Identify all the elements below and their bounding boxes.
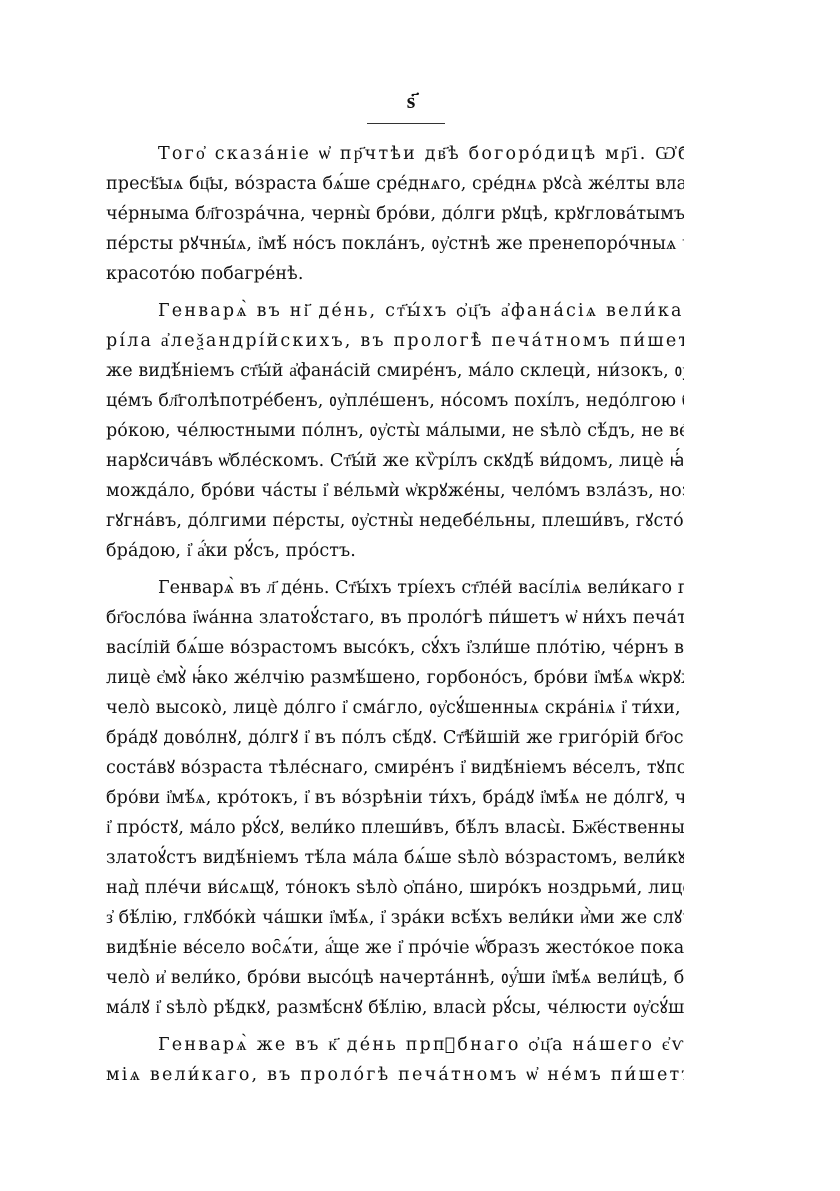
- text-line: Того҆ сказа́ніе ѡ҆ пр҃чтѣи дв҃ѣ богоро́д…: [106, 139, 684, 169]
- text-line: бра́дꙋ дово́лнꙋ, до́лгꙋ і҆ въ по́лъ сѣ́д…: [106, 723, 684, 753]
- text-line: васі́лій бѧ́ше во́зрастомъ высо́къ, сꙋ́х…: [106, 633, 684, 663]
- text-line: міѧ вели́каго, въ проло́гѣ печа́тномъ ѡ҆…: [106, 1060, 684, 1090]
- body-text: Того҆ сказа́ніе ѡ҆ пр҃чтѣи дв҃ѣ богоро́д…: [106, 139, 684, 1097]
- text-line: же видѣ́ніемъ ст҃ы́й а҆фана́сій смире́нъ…: [106, 356, 684, 386]
- text-line: соста́вꙋ во́зраста тѣле́снаго, смире́нъ …: [106, 753, 684, 783]
- text-line: можда́ло, бро́ви ча́сты і҆ ве́льмѝ ѡ҆крꙋ…: [106, 476, 684, 506]
- text-line: ма́лꙋ і҆ ѕѣло̀ рѣ́дкꙋ, размѣ́снꙋ бѣ́лію,…: [106, 993, 684, 1023]
- paragraph-virgin-mary: Того҆ сказа́ніе ѡ҆ пр҃чтѣи дв҃ѣ богоро́д…: [106, 139, 684, 289]
- paragraph-athanasius-cyril: Генварѧ̀ въ ні҃ де́нь, ст҃ы́хъ ѻ҆ц҃ъ а҆ф…: [106, 296, 684, 566]
- paragraph-three-hierarchs: Генварѧ̀ въ л҃ де́нь. Ст҃ы́хъ трі́ехъ ст…: [106, 573, 684, 1023]
- text-line: бра́дою, і҆ а҆́ки рꙋ́съ, про́стъ.: [106, 536, 684, 566]
- text-line: бг҃осло́ва і҆ѡа́нна златоꙋ́стаго, въ про…: [106, 603, 684, 633]
- text-line: Генварѧ̀ въ л҃ де́нь. Ст҃ы́хъ трі́ехъ ст…: [106, 573, 684, 603]
- text-line: златоꙋ́стъ видѣ́ніемъ тѣ́ла ма́ла бѧ́ше …: [106, 843, 684, 873]
- text-line: рі́ла а҆леѯандрі́йскихъ, въ прологѣ̀ печ…: [106, 326, 684, 356]
- text-line: Генварѧ̀ въ ні҃ де́нь, ст҃ы́хъ ѻ҆ц҃ъ а҆ф…: [106, 296, 684, 326]
- text-line: Генварѧ̀ же въ к҃ де́нь прпⷣбнаго ѻ҆ц҃а …: [106, 1030, 684, 1060]
- page-number: ѕ҃: [0, 88, 822, 114]
- scanned-page: ѕ҃ Того҆ сказа́ніе ѡ҆ пр҃чтѣи дв҃ѣ богор…: [0, 0, 840, 1191]
- paragraph-euthymius: Генварѧ̀ же въ к҃ де́нь прпⷣбнаго ѻ҆ц҃а …: [106, 1030, 684, 1090]
- text-line: ро́кою, че́люстными по́лнъ, ᲂу҆сты̀ ма́л…: [106, 416, 684, 446]
- text-line: чело̀ высоко̀, лицѐ до́лго і҆ сма́гло, ᲂ…: [106, 693, 684, 723]
- page-number-divider: [367, 123, 445, 124]
- text-line: це́мъ бл҃голѣпотре́бенъ, ᲂу҆пле́шенъ, но…: [106, 386, 684, 416]
- text-line: гꙋгна́въ, до́лгими пе́рсты, ᲂу҆стны̀ нед…: [106, 506, 684, 536]
- text-line: з҆ бѣ́лію, глꙋбо́кѝ ча́шки і҆мѣ́ѧ, і҆ зр…: [106, 903, 684, 933]
- text-line: лицѐ є҆мꙋ̀ ꙗ҆́ко же́лчію размѣ́шено, гор…: [106, 663, 684, 693]
- text-line: чело̀ и҆ вели́ко, бро́ви высо́цѣ начерта…: [106, 963, 684, 993]
- text-line: бро́ви і҆мѣ́ѧ, кро́токъ, і҆ въ во́зрѣніи…: [106, 783, 684, 813]
- text-line: пресѣ҃ыѧ бц҃ы, во́зраста бѧ́ше сре́днѧго…: [106, 169, 684, 199]
- text-line: видѣ́ніе ве́село вос̑ѧ́ти, а҆́ще же і҆ п…: [106, 933, 684, 963]
- text-line: над̀ пле́чи ви́сѧщꙋ, то́нокъ ѕѣло̀ ѻ҆па́…: [106, 873, 684, 903]
- text-line: че́рныма бл҃гозра́чна, черны̀ бро́ви, до…: [106, 199, 684, 229]
- text-line: і҆ про́стꙋ, ма́ло рꙋ́сꙋ, вели́ко плеши́в…: [106, 813, 684, 843]
- text-line: красото́ю побагре́нѣ.: [106, 259, 684, 289]
- text-line: пе́рсты рꙋчны́ѧ, і҆мѣ́ но́съ покла́нъ, ᲂ…: [106, 229, 684, 259]
- text-line: нарꙋсича́въ ѡ҆бле́скомъ. Ст҃ы́й же кѷрі́…: [106, 446, 684, 476]
